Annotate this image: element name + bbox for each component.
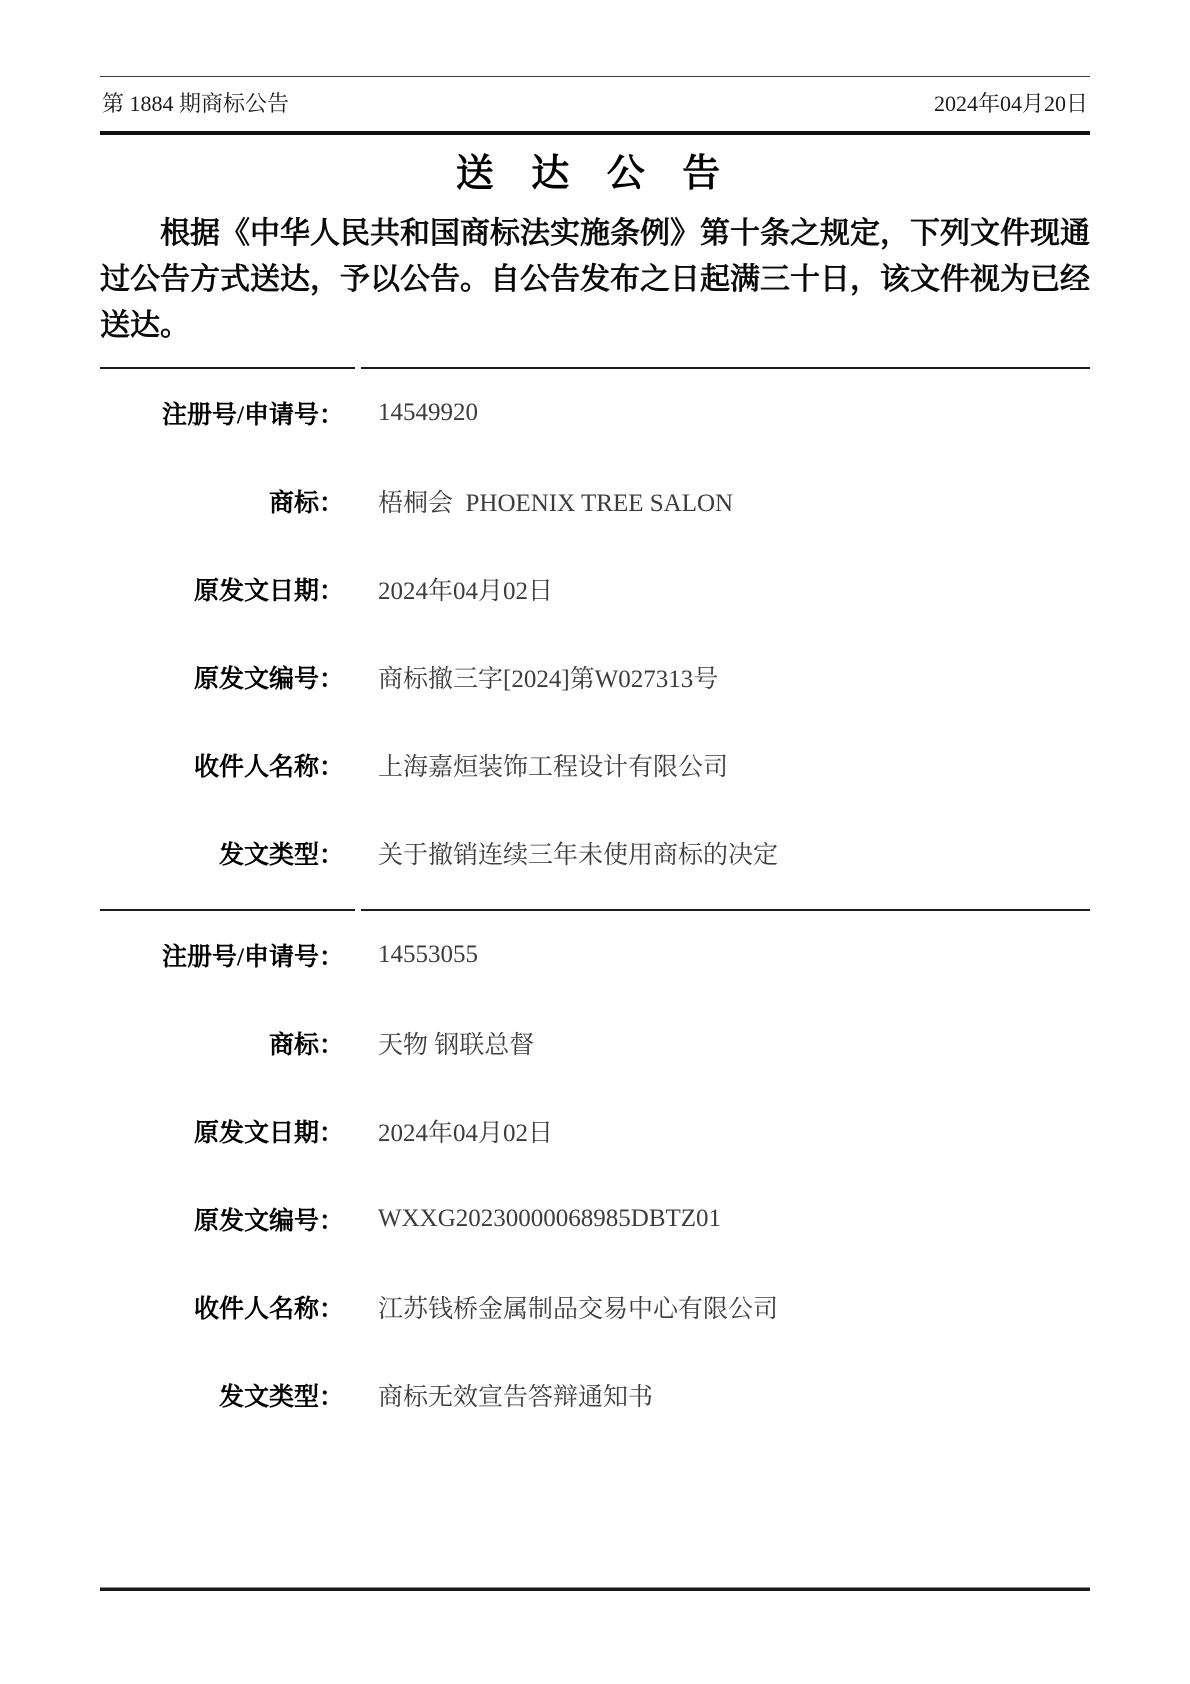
- field-label-original-document-number: 原发文编号：: [100, 1201, 344, 1237]
- gazette-date-label: 2024年04月20日: [934, 89, 1088, 119]
- table-row: 注册号/申请号： 14553055: [100, 911, 1090, 999]
- gazette-page: 第 1884 期商标公告 2024年04月20日 送 达 公 告 根据《中华人民…: [0, 0, 1190, 1684]
- separator-segment-left: [100, 367, 355, 369]
- page-header: 第 1884 期商标公告 2024年04月20日: [100, 76, 1090, 135]
- field-value-trademark: 梧桐会 PHOENIX TREE SALON: [344, 483, 733, 519]
- field-value-original-issue-date: 2024年04月02日: [344, 1113, 553, 1149]
- table-row: 原发文编号： 商标撤三字[2024]第W027313号: [100, 633, 1090, 721]
- record-1: 注册号/申请号： 14549920 商标： 梧桐会 PHOENIX TREE S…: [100, 369, 1090, 897]
- record-separator: [100, 367, 1090, 369]
- field-label-original-issue-date: 原发文日期：: [100, 1113, 344, 1149]
- table-row: 商标： 梧桐会 PHOENIX TREE SALON: [100, 457, 1090, 545]
- field-value-document-type: 关于撤销连续三年未使用商标的决定: [344, 835, 778, 871]
- field-value-recipient-name: 上海嘉烜装饰工程设计有限公司: [344, 747, 728, 783]
- field-value-recipient-name: 江苏钱桥金属制品交易中心有限公司: [344, 1289, 778, 1325]
- table-row: 发文类型： 关于撤销连续三年未使用商标的决定: [100, 809, 1090, 897]
- table-row: 收件人名称： 上海嘉烜装饰工程设计有限公司: [100, 721, 1090, 809]
- table-row: 注册号/申请号： 14549920: [100, 369, 1090, 457]
- field-label-original-issue-date: 原发文日期：: [100, 571, 344, 607]
- field-label-trademark: 商标：: [100, 1025, 344, 1061]
- record-separator: [100, 909, 1090, 911]
- field-value-registration-number: 14549920: [344, 399, 478, 427]
- field-value-original-document-number: 商标撤三字[2024]第W027313号: [344, 659, 718, 695]
- field-label-recipient-name: 收件人名称：: [100, 1289, 344, 1325]
- field-value-original-document-number: WXXG20230000068985DBTZ01: [344, 1205, 721, 1233]
- field-label-trademark: 商标：: [100, 483, 344, 519]
- field-value-registration-number: 14553055: [344, 941, 478, 969]
- separator-segment-right: [361, 367, 1090, 369]
- table-row: 收件人名称： 江苏钱桥金属制品交易中心有限公司: [100, 1263, 1090, 1351]
- table-row: 原发文日期： 2024年04月02日: [100, 545, 1090, 633]
- page-content: 第 1884 期商标公告 2024年04月20日 送 达 公 告 根据《中华人民…: [100, 76, 1090, 1591]
- field-value-trademark: 天物 钢联总督: [344, 1025, 534, 1061]
- field-value-document-type: 商标无效宣告答辩通知书: [344, 1377, 653, 1413]
- separator-segment-right: [361, 909, 1090, 911]
- gazette-issue-label: 第 1884 期商标公告: [102, 89, 289, 119]
- table-row: 发文类型： 商标无效宣告答辩通知书: [100, 1351, 1090, 1439]
- table-row: 原发文编号： WXXG20230000068985DBTZ01: [100, 1175, 1090, 1263]
- field-label-registration-number: 注册号/申请号：: [100, 395, 344, 431]
- separator-segment-left: [100, 909, 355, 911]
- field-value-original-issue-date: 2024年04月02日: [344, 571, 553, 607]
- field-label-recipient-name: 收件人名称：: [100, 747, 344, 783]
- table-row: 原发文日期： 2024年04月02日: [100, 1087, 1090, 1175]
- field-label-original-document-number: 原发文编号：: [100, 659, 344, 695]
- field-label-document-type: 发文类型：: [100, 835, 344, 871]
- intro-paragraph: 根据《中华人民共和国商标法实施条例》第十条之规定，下列文件现通过公告方式送达，予…: [100, 211, 1090, 349]
- page-bottom-rule: [100, 1587, 1090, 1591]
- page-title: 送 达 公 告: [100, 149, 1090, 199]
- table-row: 商标： 天物 钢联总督: [100, 999, 1090, 1087]
- field-label-registration-number: 注册号/申请号：: [100, 937, 344, 973]
- field-label-document-type: 发文类型：: [100, 1377, 344, 1413]
- record-2: 注册号/申请号： 14553055 商标： 天物 钢联总督 原发文日期： 202…: [100, 911, 1090, 1439]
